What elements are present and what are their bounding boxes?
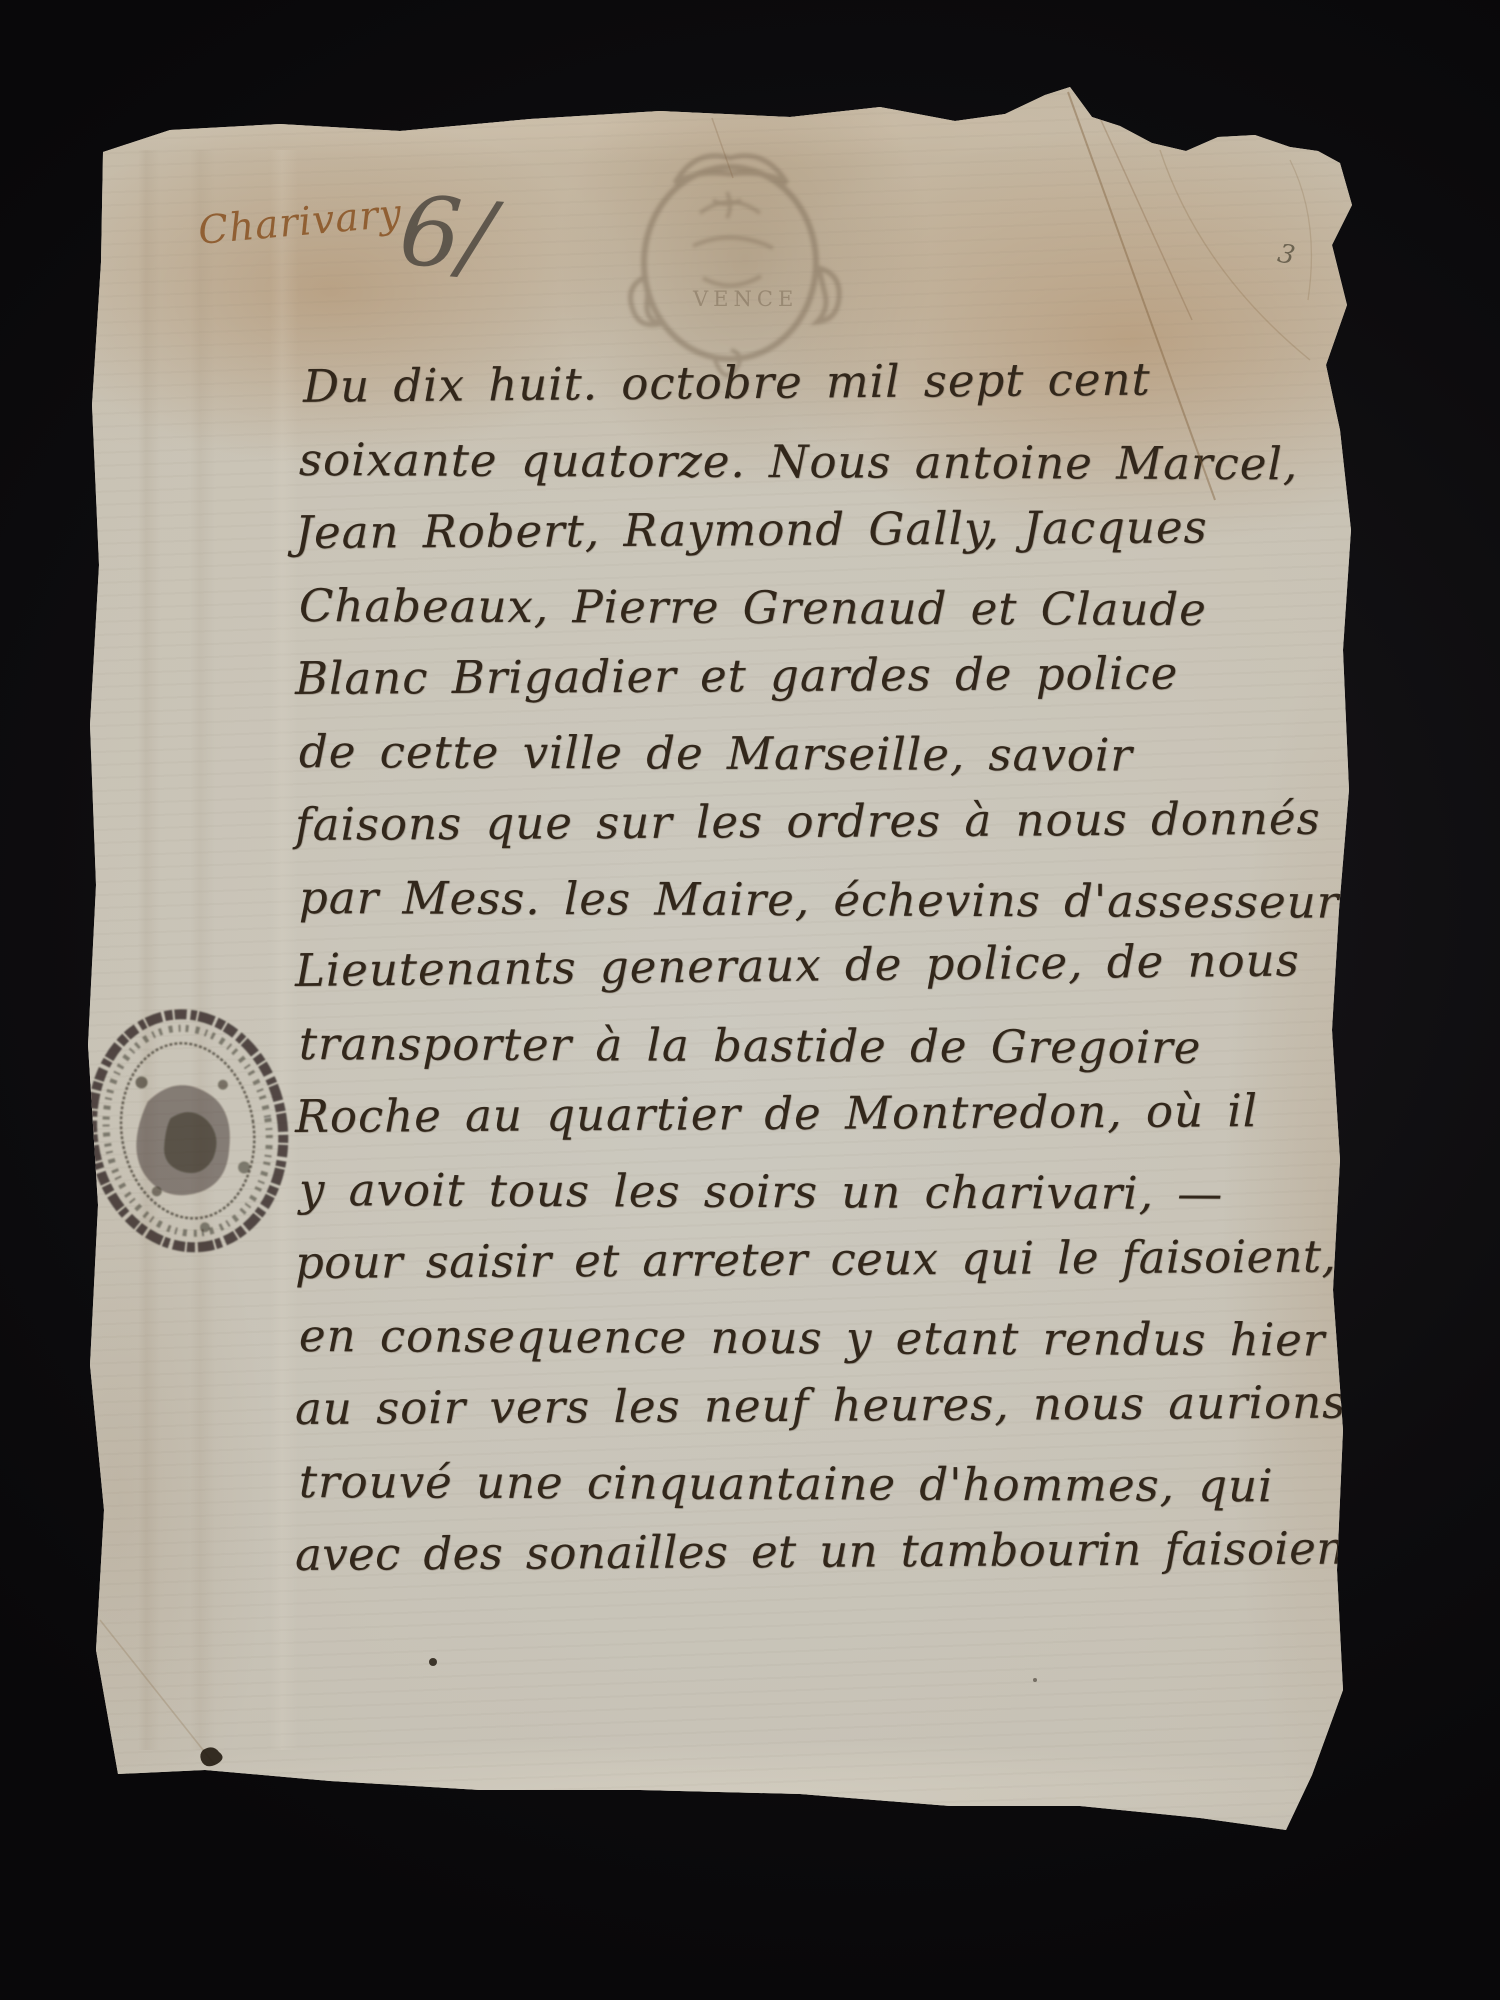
crease-and-speck-overlay — [0, 0, 1500, 2000]
manuscript-page: VENCE Charivary 6/ 3 — [0, 0, 1500, 2000]
photo-backdrop: VENCE Charivary 6/ 3 — [0, 0, 1500, 2000]
